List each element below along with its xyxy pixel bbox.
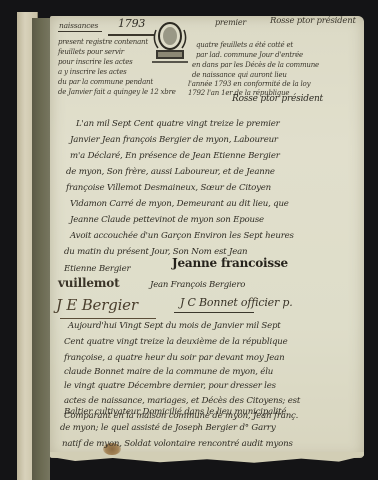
inline-signature: Jeanne francoisse bbox=[172, 256, 288, 270]
header-underline bbox=[58, 31, 102, 32]
signature-bonnet-officier: J C Bonnet officier p. bbox=[180, 296, 293, 309]
entry-two-line-7: Baltier cultivateur Domicilié dans le li… bbox=[64, 404, 286, 420]
top-left-line: de Janvier fait a quingey le 12 xbre bbox=[58, 87, 176, 98]
signature-vuillemot: vuillemot bbox=[58, 276, 119, 290]
header-left-label: naissances bbox=[59, 21, 98, 32]
top-paragraph-signature: Rosse ptor président bbox=[232, 94, 323, 104]
top-right-line: en dans par les Décès de la commune bbox=[192, 60, 319, 71]
header-right-signature: Rosse ptor président bbox=[270, 16, 356, 27]
top-left-line: du par la commune pendant bbox=[58, 77, 153, 88]
entry-one-line: L'an mil Sept Cent quatre vingt treize l… bbox=[76, 116, 280, 132]
entry-one-line: Janvier Jean françois Bergier de myon, L… bbox=[70, 132, 278, 148]
header-right-label: premier bbox=[215, 18, 246, 29]
entry-one-line: Avoit accouchée d'un Garçon Environ les … bbox=[70, 228, 294, 244]
signature-bergier-flourish: J E Bergier bbox=[56, 296, 138, 314]
top-right-line: quatre feuillets a été cotté et bbox=[196, 40, 293, 51]
torn-bottom-edge bbox=[50, 452, 364, 464]
header-year: 1793 bbox=[118, 17, 145, 30]
signature-bonnet-underline bbox=[174, 312, 254, 313]
top-left-line: a y inscrire les actes bbox=[58, 67, 127, 78]
entry-one-line: de myon, Son frère, aussi Laboureur, et … bbox=[66, 164, 275, 180]
top-left-line: pour inscrire les actes bbox=[58, 57, 133, 68]
document-scan: naissances 1793 premier Rosse ptor prési… bbox=[0, 0, 378, 480]
header-flourish bbox=[108, 34, 154, 36]
entry-one-line: m'a Déclaré, En présence de Jean Etienne… bbox=[70, 148, 280, 164]
top-right-line: par lad. commune Jour d'entrée bbox=[196, 50, 303, 61]
entry-one-line: françoise Villemot Desmaineux, Sœur de C… bbox=[66, 180, 271, 196]
entry-one-line: Etienne Bergier bbox=[64, 261, 130, 277]
entry-two-line: Aujourd'hui Vingt Sept du mois de Janvie… bbox=[68, 318, 281, 334]
top-left-line: present registre contenant bbox=[58, 37, 148, 48]
seal-stamp-icon bbox=[150, 20, 190, 66]
gutter-shadow bbox=[32, 18, 50, 480]
top-left-line: feuillets pour servir bbox=[58, 47, 124, 58]
entry-one-line: Jeanne Claude pettevinot de myon son Epo… bbox=[70, 212, 264, 228]
entry-one-line: Vidamon Carré de myon, Demeurant au dit … bbox=[70, 196, 289, 212]
entry-two-line: de myon; le quel assisté de Joseph Bergi… bbox=[60, 420, 275, 436]
entry-two-line: Cent quatre vingt treize la deuxième de … bbox=[64, 334, 288, 350]
entry-two-line: natif de myon, Soldat volontaire rencont… bbox=[62, 436, 293, 452]
signature-jean-francois-bergier: Jean François Bergiero bbox=[150, 280, 245, 290]
entry-two-line: le vingt quatre Décembre dernier, pour d… bbox=[64, 378, 276, 394]
